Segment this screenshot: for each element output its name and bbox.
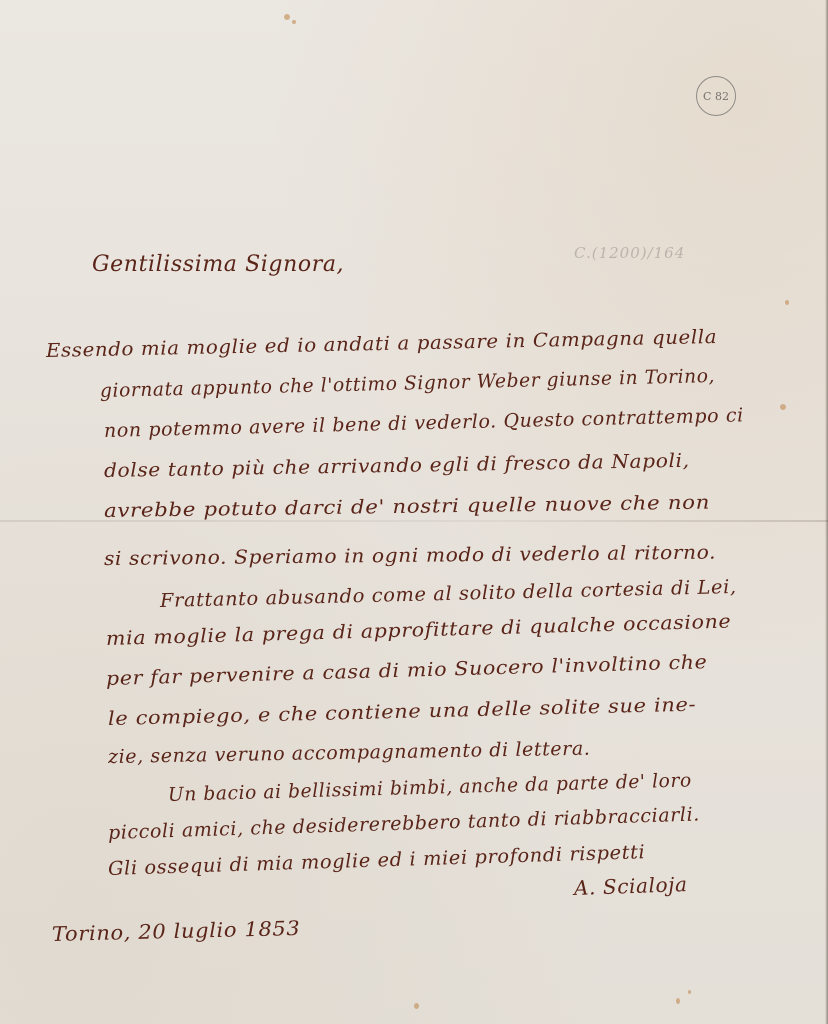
place-date: Torino, 20 luglio 1853 (52, 916, 301, 946)
letter-line: non potemmo avere il bene di vederlo. Qu… (104, 404, 744, 442)
archive-stamp-number: C 82 (703, 90, 729, 103)
letter-line: mia moglie la prega di approfittare di q… (106, 611, 732, 650)
letter-line: per far pervenire a casa di mio Suocero … (106, 651, 708, 690)
foxing-spot (780, 404, 786, 410)
pencil-archive-note: C.(1200)/164 (574, 244, 685, 262)
foxing-spot (414, 1003, 419, 1009)
letter-line: Frattanto abusando come al solito della … (160, 576, 737, 612)
foxing-spot (284, 14, 290, 20)
letter-line: giornata appunto che l'ottimo Signor Web… (100, 365, 716, 402)
foxing-spot (676, 998, 680, 1004)
letter-line: avrebbe potuto darci de' nostri quelle n… (104, 492, 710, 522)
letter-line: Gli ossequi di mia moglie ed i miei prof… (108, 841, 646, 880)
foxing-spot (688, 990, 691, 994)
foxing-spot (292, 20, 296, 24)
letter-line: Essendo mia moglie ed io andati a passar… (46, 326, 718, 362)
archive-stamp: C 82 (696, 76, 736, 116)
letter-line: zie, senza veruno accompagnamento di let… (108, 738, 591, 768)
letter-line: si scrivono. Speriamo in ogni modo di ve… (104, 542, 716, 570)
salutation: Gentilissima Signora, (92, 252, 344, 277)
foxing-spot (785, 300, 789, 305)
letter-line: dolse tanto più che arrivando egli di fr… (104, 450, 690, 482)
letter-line: piccoli amici, che desidererebbero tanto… (108, 803, 701, 844)
letter-page: C 82 C.(1200)/164 Gentilissima Signora, … (0, 0, 828, 1024)
signature: A. Scialoja (574, 872, 688, 900)
letter-line: le compiego, e che contiene una delle so… (108, 694, 697, 730)
letter-line: Un bacio ai bellissimi bimbi, anche da p… (168, 769, 692, 806)
